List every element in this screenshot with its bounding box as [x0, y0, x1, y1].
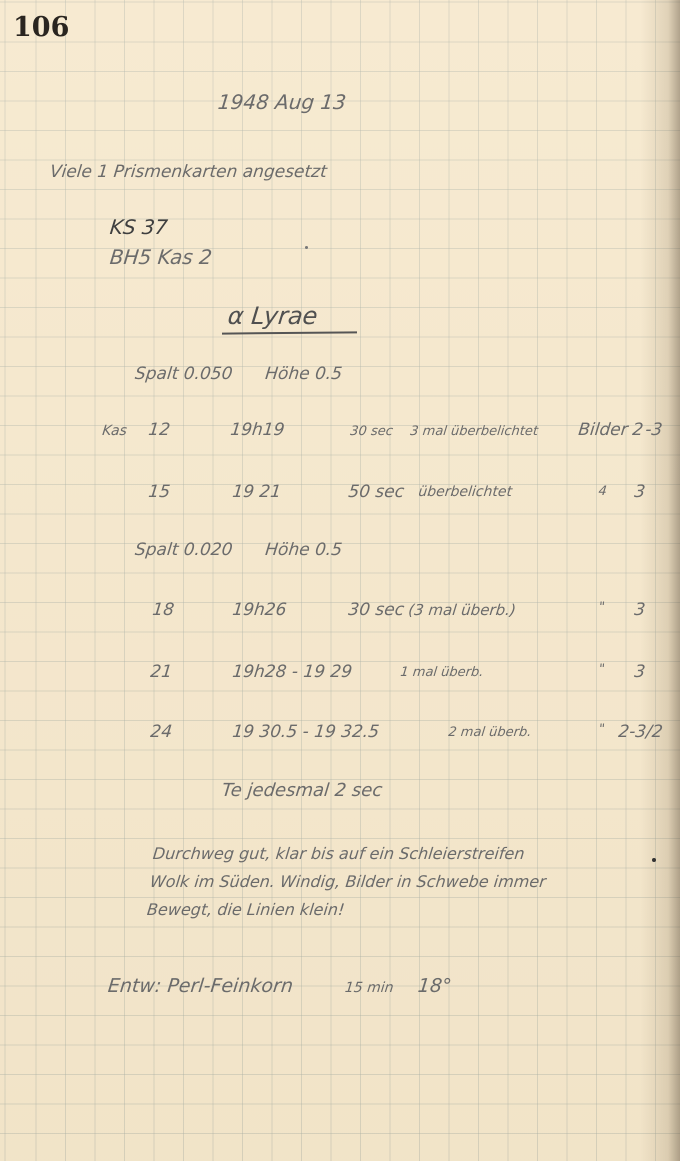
instrument-line-1: KS 37	[109, 215, 169, 239]
obs-exposure: 30 sec	[347, 600, 405, 620]
rating: 3	[633, 662, 646, 682]
object-underline	[222, 331, 357, 334]
object-heading: α Lyrae	[227, 302, 319, 330]
kas-prefix: Kas	[101, 423, 127, 439]
spalt-value: 0.050	[183, 364, 234, 384]
obs-note: 1 mal überb.	[400, 665, 485, 680]
footer-line: Entw: Perl-Feinkorn 15 min 18°	[107, 975, 453, 997]
develop-temperature: 18°	[417, 975, 453, 997]
obs-time: 19h28 - 19 29	[231, 662, 353, 682]
kas-number: 15	[147, 482, 171, 502]
bild-value: 2	[631, 420, 644, 440]
obs-exposure: 30 sec	[349, 424, 393, 439]
obs-time: 19h26	[231, 600, 287, 620]
kas-number: 21	[149, 662, 173, 682]
bild-value: 4	[598, 484, 608, 499]
hoehe-label: Höhe	[264, 364, 311, 384]
hoehe-label: Höhe	[264, 540, 311, 560]
kas-number: 12	[147, 420, 171, 440]
rating: -3	[644, 420, 663, 440]
observation-row: 24 19 30.5 - 19 32.5 2 mal überb. " 2-3/…	[0, 722, 680, 750]
rating: 3	[633, 482, 646, 502]
hoehe-value: 0.5	[314, 364, 343, 384]
bild-value: "	[598, 600, 606, 615]
kas-number: 24	[149, 722, 173, 742]
obs-exposure: 50 sec	[347, 482, 405, 502]
spalt-label: Spalt	[134, 364, 179, 384]
ink-dot	[652, 858, 656, 862]
entry-date: 1948 Aug 13	[217, 90, 348, 114]
entry-intro: Viele 1 Prismenkarten angesetzt	[49, 162, 328, 182]
rating: 3	[633, 600, 646, 620]
bild-value: "	[598, 662, 606, 677]
remark-line: Bewegt, die Linien klein!	[146, 896, 629, 924]
obs-note: 2 mal überb.	[448, 725, 533, 740]
page-number: 106	[13, 12, 69, 43]
rating: 2-3/2	[617, 722, 663, 742]
obs-note: (3 mal überb.)	[407, 601, 516, 619]
develop-duration: 15 min	[344, 980, 394, 996]
obs-note: 3 mal überbelichtet	[409, 424, 538, 439]
setting-1: Spalt 0.050 Höhe 0.5	[134, 364, 343, 384]
observation-row: Kas 12 19h19 30 sec 3 mal überbelichtet …	[0, 420, 680, 448]
kas-number: 18	[151, 600, 175, 620]
ink-dot	[305, 246, 308, 249]
hoehe-value: 0.5	[314, 540, 343, 560]
bild-label: Bilder	[577, 420, 628, 440]
remark-line: Wolk im Süden. Windig, Bilder in Schwebe…	[149, 868, 632, 896]
notebook-page: 106 1948 Aug 13 Viele 1 Prismenkarten an…	[0, 0, 680, 1161]
remark-line: Durchweg gut, klar bis auf ein Schleiers…	[151, 840, 634, 868]
remarks: Durchweg gut, klar bis auf ein Schleiers…	[146, 840, 635, 924]
instrument-line-2: BH5 Kas 2	[109, 245, 214, 269]
developer-text: Entw: Perl-Feinkorn	[107, 975, 294, 997]
obs-time: 19 21	[231, 482, 282, 502]
obs-time: 19h19	[229, 420, 285, 440]
observation-row: 15 19 21 50 sec überbelichtet 4 3	[0, 482, 680, 510]
obs-time: 19 30.5 - 19 32.5	[231, 722, 380, 742]
conclusion: Te jedesmal 2 sec	[221, 780, 384, 801]
observation-row: 18 19h26 30 sec (3 mal überb.) " 3	[0, 600, 680, 628]
bild-value: "	[598, 722, 606, 737]
observation-row: 21 19h28 - 19 29 1 mal überb. " 3	[0, 662, 680, 690]
spalt-value: 0.020	[183, 540, 234, 560]
spalt-label: Spalt	[134, 540, 179, 560]
obs-note: überbelichtet	[418, 484, 513, 500]
setting-2: Spalt 0.020 Höhe 0.5	[134, 540, 343, 560]
